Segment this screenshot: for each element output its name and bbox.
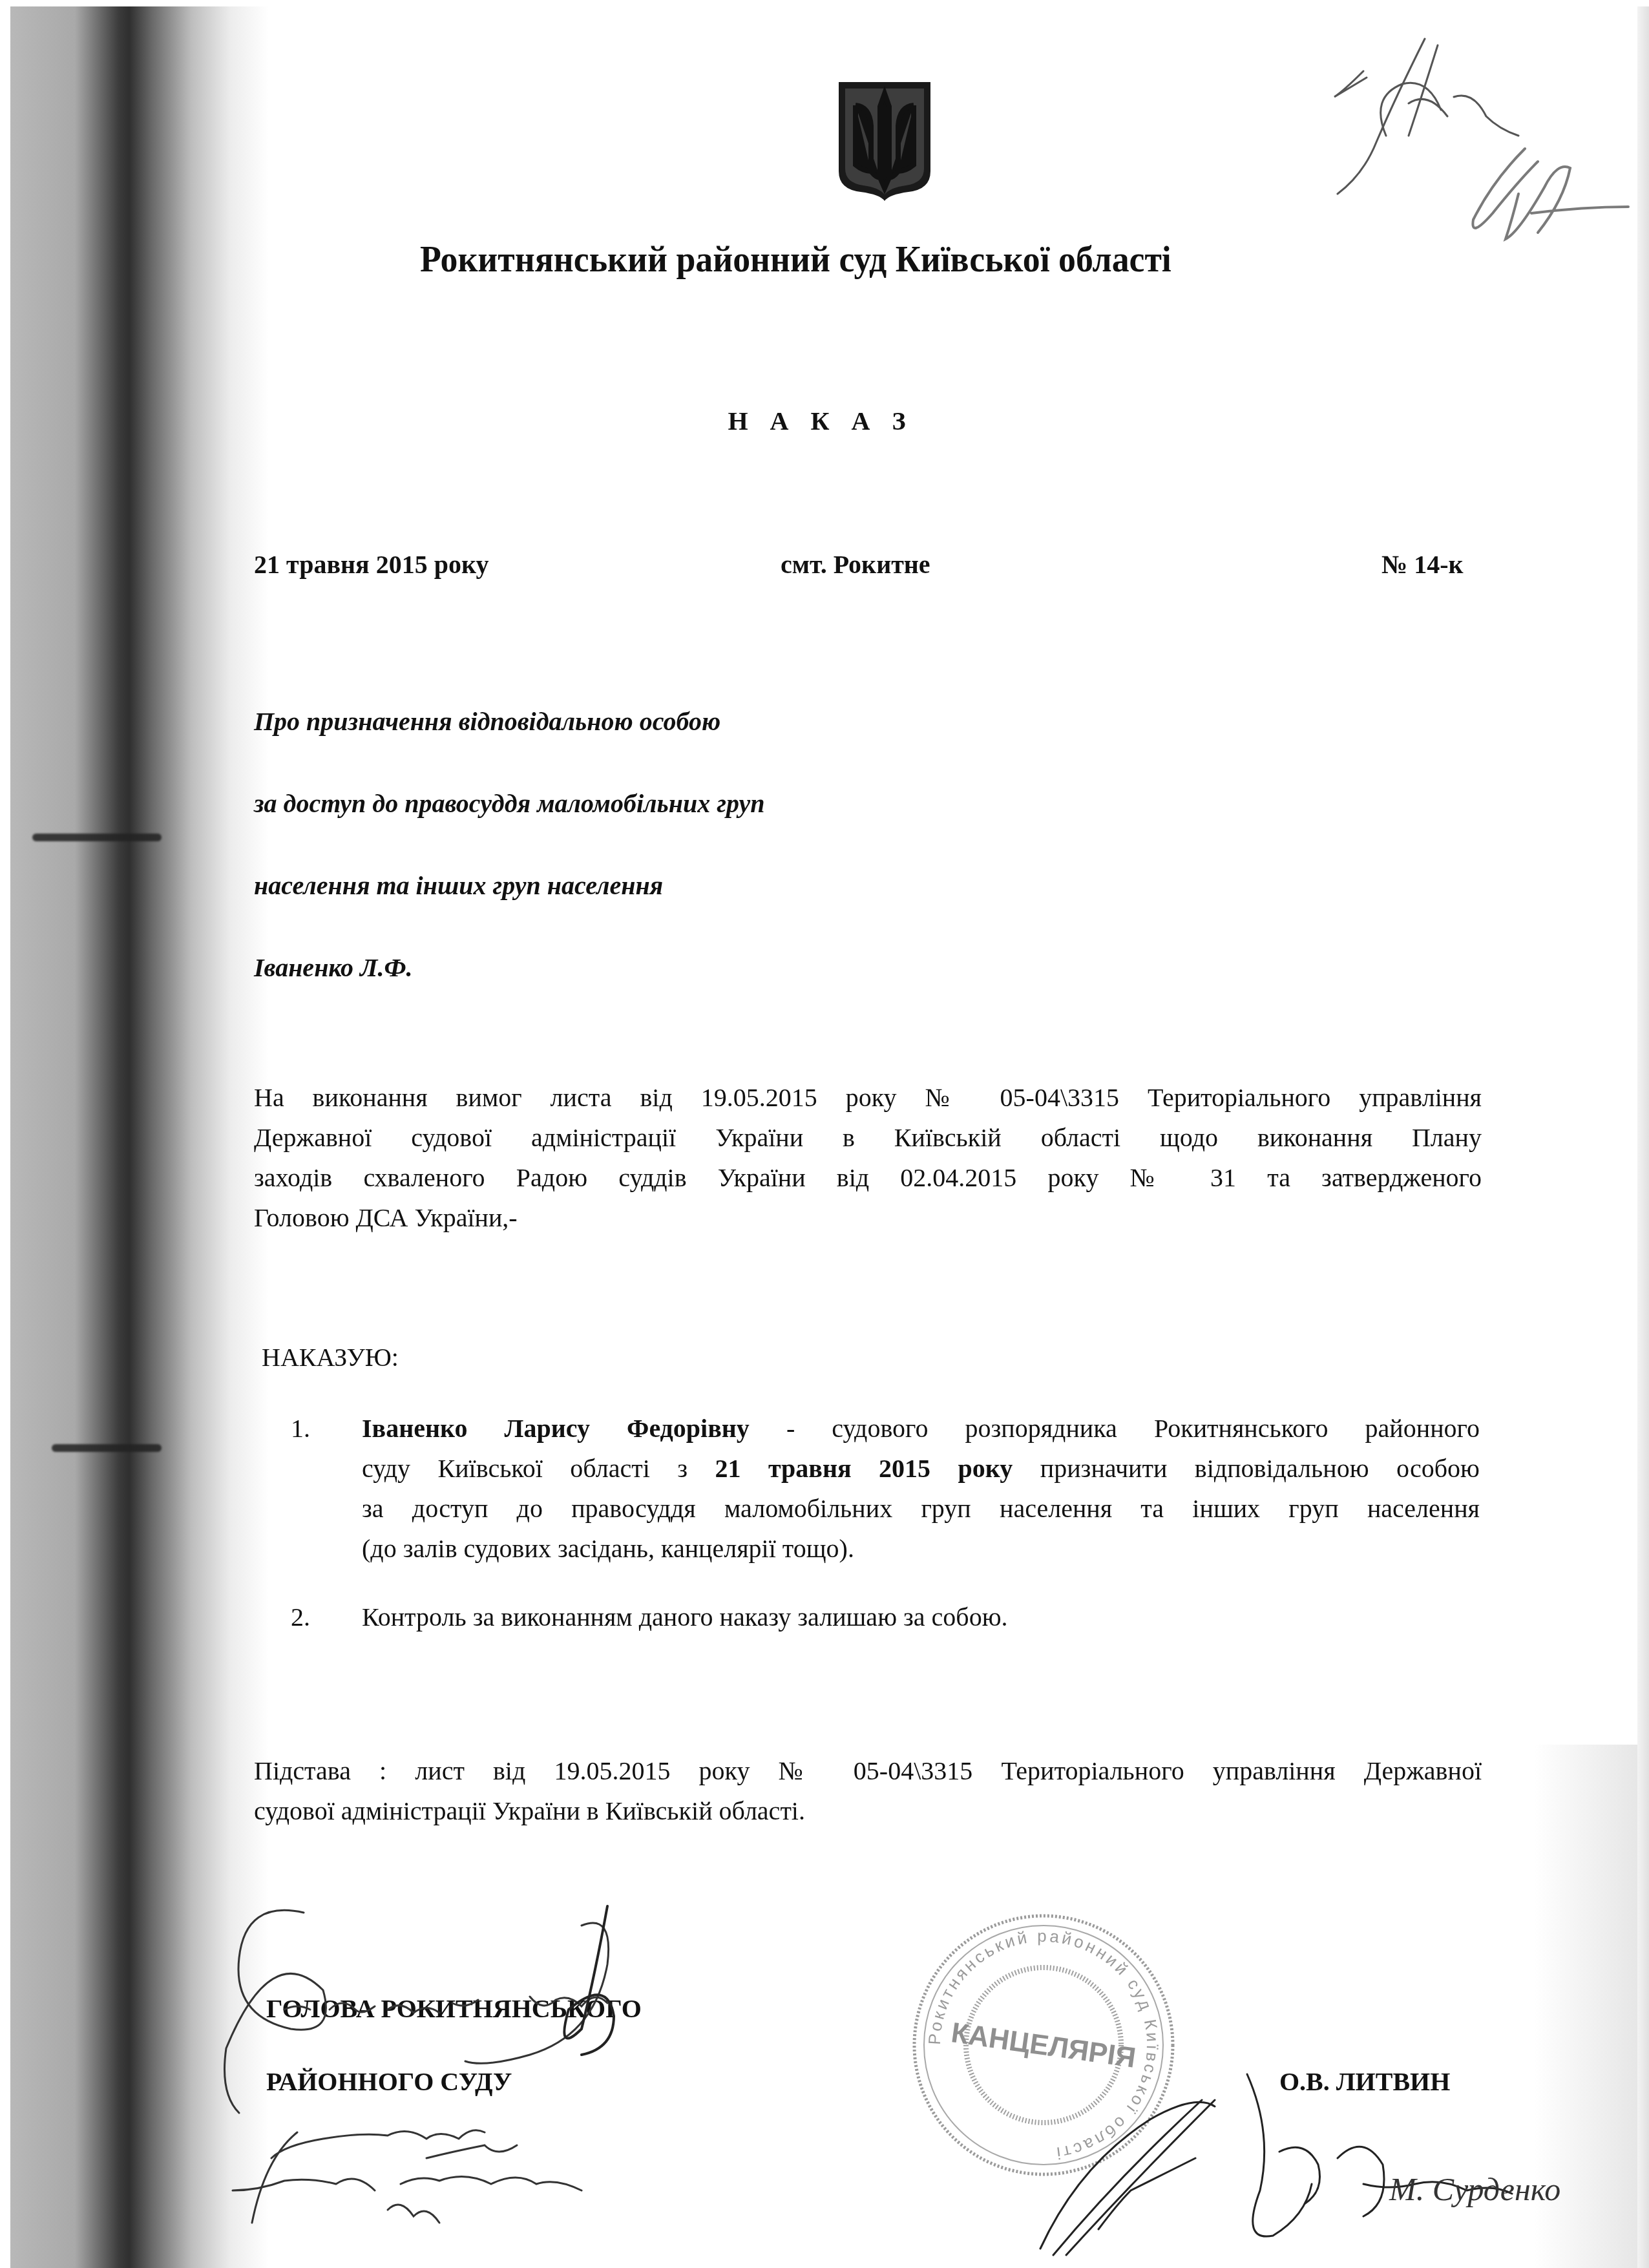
handwritten-copy-note — [1325, 26, 1635, 271]
chairman-signature: М. Сурденко — [1002, 1971, 1518, 2268]
court-name: Рокитнянський районний суд Київської обл… — [420, 239, 1171, 280]
item-line: суду Київської області з 21 травня 2015 … — [362, 1449, 1480, 1489]
subject-line-4: Іваненко Л.Ф. — [254, 952, 413, 983]
item-line: (до залів судових засідань, канцелярії т… — [362, 1529, 1480, 1569]
item-number: 2. — [291, 1597, 310, 1637]
order-date: 21 травня 2015 року — [254, 549, 488, 580]
document-type-text: Н А К А З — [728, 406, 913, 436]
preamble-line: На виконання вимог листа від 19.05.2015 … — [254, 1078, 1482, 1118]
order-label: НАКАЗУЮ: — [262, 1342, 399, 1372]
binding-clip-mark-top — [32, 834, 162, 841]
item-number: 1. — [291, 1409, 310, 1449]
scan-border-right — [1637, 6, 1649, 2268]
preamble-line: заходів схваленого Радою суддів України … — [254, 1158, 1482, 1198]
order-number: № 14-к — [1381, 549, 1464, 580]
scan-border-top — [0, 0, 1649, 6]
item-text: призначити відповідальною особою — [1013, 1454, 1480, 1483]
item-line: Контроль за виконанням даного наказу зал… — [362, 1597, 1480, 1637]
order-place: смт. Рокитне — [781, 549, 930, 580]
subject-line-1: Про призначення відповідальною особою — [254, 706, 720, 737]
subject-line-2: за доступ до правосуддя маломобільних гр… — [254, 788, 765, 819]
appointee-name: Іваненко Ларису Федорівну — [362, 1414, 750, 1443]
basis-line: судової адміністрації України в Київські… — [254, 1791, 1482, 1831]
item-line: за доступ до правосуддя маломобільних гр… — [362, 1489, 1480, 1529]
handwritten-signer-name: М. Сурденко — [1389, 2171, 1560, 2207]
scan-border-left — [0, 0, 10, 2268]
basis-line: Підстава : лист від 19.05.2015 року № 05… — [254, 1751, 1482, 1791]
document-type-heading: Н А К А З — [0, 406, 1649, 436]
preamble-line: Державної судової адміністрації України … — [254, 1118, 1482, 1158]
item-text: - судового розпорядника Рокитнянського р… — [750, 1414, 1480, 1443]
item-text: суду Київської області з — [362, 1454, 715, 1483]
binding-clip-mark-bottom — [52, 1444, 162, 1452]
trident-coat-of-arms-icon — [837, 81, 932, 202]
preamble-paragraph: На виконання вимог листа від 19.05.2015 … — [254, 1078, 1482, 1238]
effective-date: 21 травня 2015 року — [715, 1454, 1013, 1483]
item-line: Іваненко Ларису Федорівну - судового роз… — [362, 1409, 1480, 1449]
preamble-line: Головою ДСА України,- — [254, 1198, 1482, 1238]
basis-paragraph: Підстава : лист від 19.05.2015 року № 05… — [254, 1751, 1482, 1831]
subject-line-3: населення та інших груп населення — [254, 870, 663, 901]
